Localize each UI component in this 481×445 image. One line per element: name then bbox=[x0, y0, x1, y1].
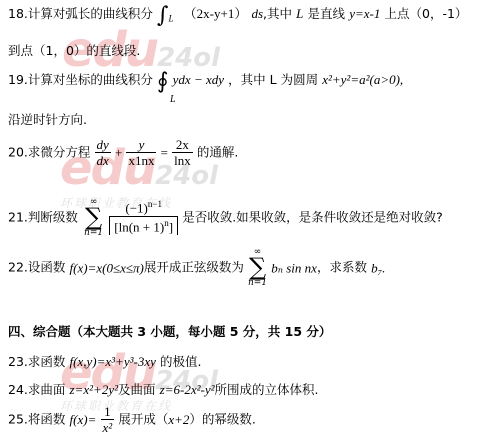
integral-symbol: ∫ bbox=[157, 3, 168, 28]
contour-integral-symbol: ∮ bbox=[157, 69, 168, 94]
question-21: 21.判断级数 ∞ ∑ n=1 (−1)n−1 [ln(n + 1)n] 是否收… bbox=[8, 198, 443, 238]
fraction-dy-dx: dydx bbox=[95, 138, 111, 167]
question-18: 18.计算对弧长的曲线积分 ∫L （2x-y+1） ds,其中 L 是直线 y=… bbox=[8, 5, 467, 27]
question-23: 23.求函数 f(x,y)=x³+y³-3xy 的极值. bbox=[8, 355, 201, 369]
summation: ∞ ∑ n=1 bbox=[84, 198, 103, 238]
summation: ∞ ∑ n=1 bbox=[248, 248, 267, 288]
fraction-2x-lnx: 2xlnx bbox=[172, 138, 193, 167]
fraction-y-xlnx: yx1nx bbox=[126, 138, 156, 167]
question-18-line2: 到点（1，0）的直线段. bbox=[8, 45, 140, 58]
section-title: 四、综合题（本大题共 3 小题，每小题 5 分，共 15 分） bbox=[8, 326, 331, 339]
question-25: 25.将函数 f(x)= 1x² 展开成（x+2）的幂级数. bbox=[8, 405, 256, 434]
question-20: 20.求微分方程 dydx + yx1nx = 2xlnx 的通解. bbox=[8, 138, 238, 167]
integral-sub-L: L bbox=[170, 95, 176, 105]
fraction-1-x2: 1x² bbox=[101, 405, 115, 434]
question-22: 22.设函数 f(x)=x(0≤x≤π)展开成正弦级数为 ∞ ∑ n=1 bₙ … bbox=[8, 248, 385, 288]
question-19: 19.计算对坐标的曲线积分 ∮ ydx − xdy ，其中 L 为圆周 x²+y… bbox=[8, 71, 403, 93]
series-term-fraction: (−1)n−1 [ln(n + 1)n] bbox=[109, 200, 178, 235]
question-19-line2: 沿逆时针方向. bbox=[8, 114, 87, 127]
question-24: 24.求曲面 z=x²+2y²及曲面 z=6-2x²-y²所围成的立体体积. bbox=[8, 383, 318, 397]
